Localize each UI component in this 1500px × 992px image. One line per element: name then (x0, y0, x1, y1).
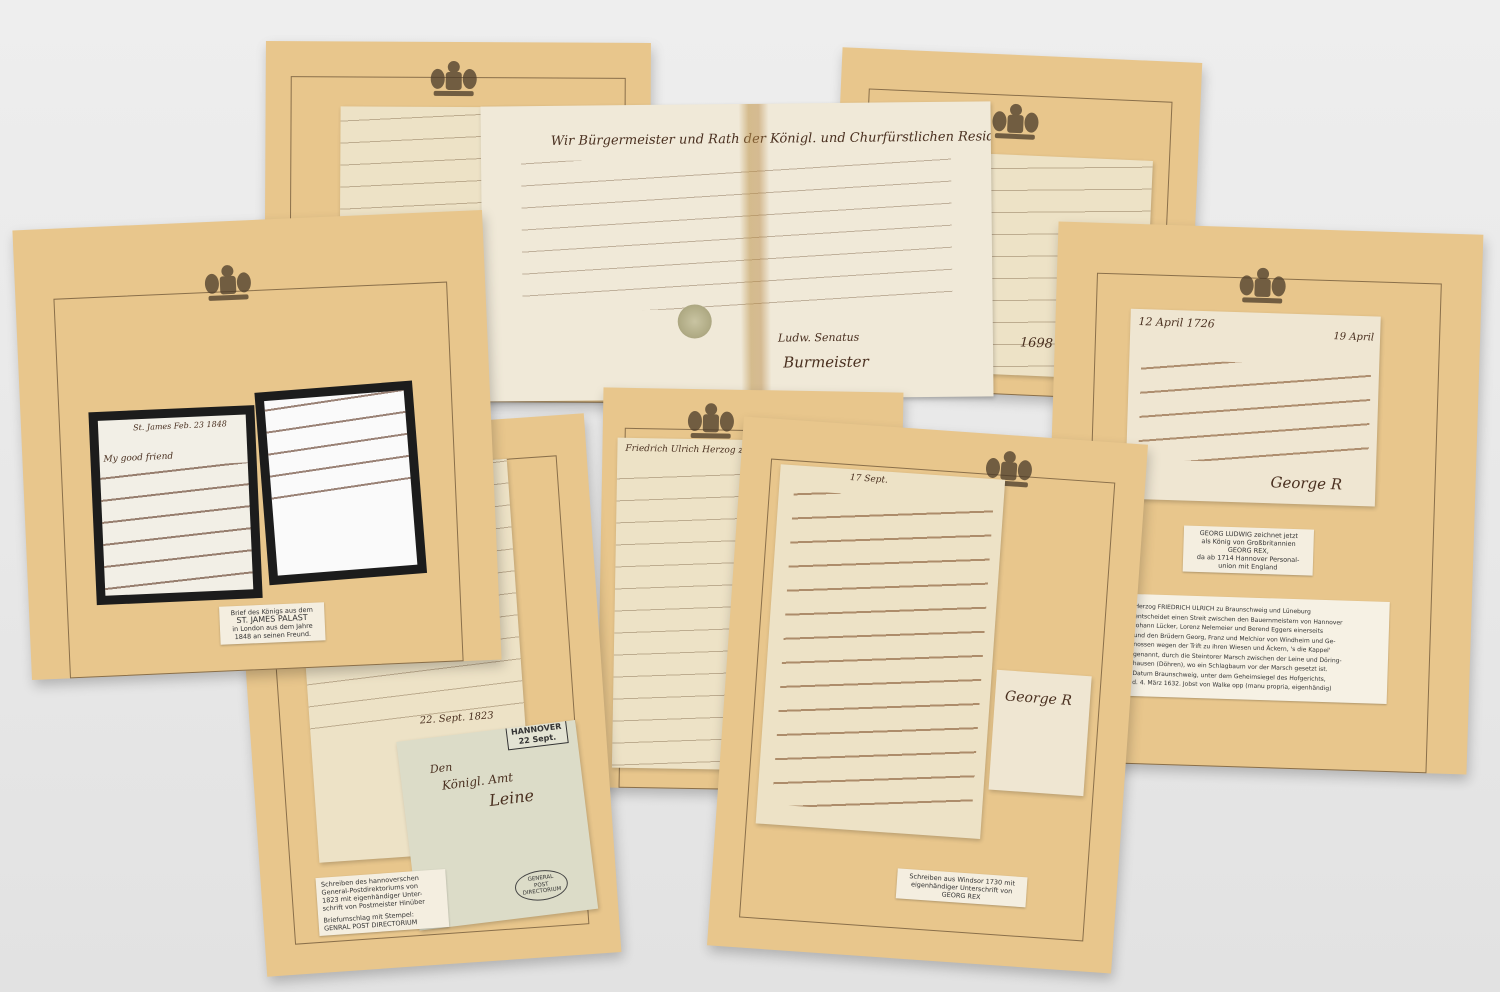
corner-date-script: 19 April (1333, 331, 1374, 343)
royal-crest-icon (199, 260, 257, 306)
letter-windsor: 17 Sept. (756, 464, 1006, 839)
handwriting (1138, 359, 1371, 466)
letter-page: St. James Feb. 23 1848 My good friend (98, 414, 253, 595)
board-bottom-right: 17 Sept. George R Schreiben aus Windsor … (707, 417, 1148, 974)
date-script: 1698 (1020, 335, 1054, 351)
date-script: 12 April 1726 (1138, 315, 1215, 330)
royal-crest-icon (1234, 263, 1291, 309)
fold-stain (738, 104, 771, 399)
signature-sheet: George R (989, 670, 1092, 796)
address-line: Den (429, 760, 453, 776)
charter-heading-script: Wir Bürgermeister und Rath der Königl. u… (551, 129, 994, 149)
date-script: St. James Feb. 23 1848 (133, 419, 233, 432)
signature-script: George R (1005, 688, 1073, 709)
handwriting (264, 390, 412, 506)
mourning-letter-page-1: St. James Feb. 23 1848 My good friend (88, 405, 262, 605)
post-directorium-stamp: GENERAL POST DIRECTORIUM (513, 867, 569, 903)
salutation-script: My good friend (103, 452, 173, 465)
letter-georg-ludwig: 12 April 1726 19 April George R (1125, 309, 1381, 507)
signature-script: George R (1270, 473, 1342, 493)
mourning-letter-page-2 (254, 380, 427, 585)
royal-crest-icon (987, 99, 1045, 145)
wax-seal (678, 304, 712, 338)
charter-document: Wir Bürgermeister und Rath der Königl. u… (480, 101, 993, 401)
handwriting (521, 157, 953, 311)
address-line: Leine (488, 786, 535, 810)
date-script: 17 Sept. (850, 473, 889, 486)
caption-st-james: Brief des Königs aus dem ST. JAMES PALAS… (219, 602, 326, 645)
caption-post-directorium: Schreiben des hannoverschen General-Post… (316, 869, 450, 936)
caption-friedrich-ulrich: Herzog FRIEDRICH ULRICH zu Braunschweig … (1122, 594, 1390, 704)
board-left: St. James Feb. 23 1848 My good friend Br… (12, 210, 501, 680)
royal-crest-icon (426, 57, 482, 101)
letter-page (264, 390, 417, 575)
royal-crest-icon (683, 399, 740, 444)
closing-script: Ludw. Senatus (778, 331, 860, 345)
handwriting (100, 462, 253, 595)
handwriting (772, 490, 993, 818)
signature-script: Burmeister (783, 353, 869, 372)
caption-georg-ludwig: GEORG LUDWIG zeichnet jetzt als König vo… (1183, 526, 1314, 576)
